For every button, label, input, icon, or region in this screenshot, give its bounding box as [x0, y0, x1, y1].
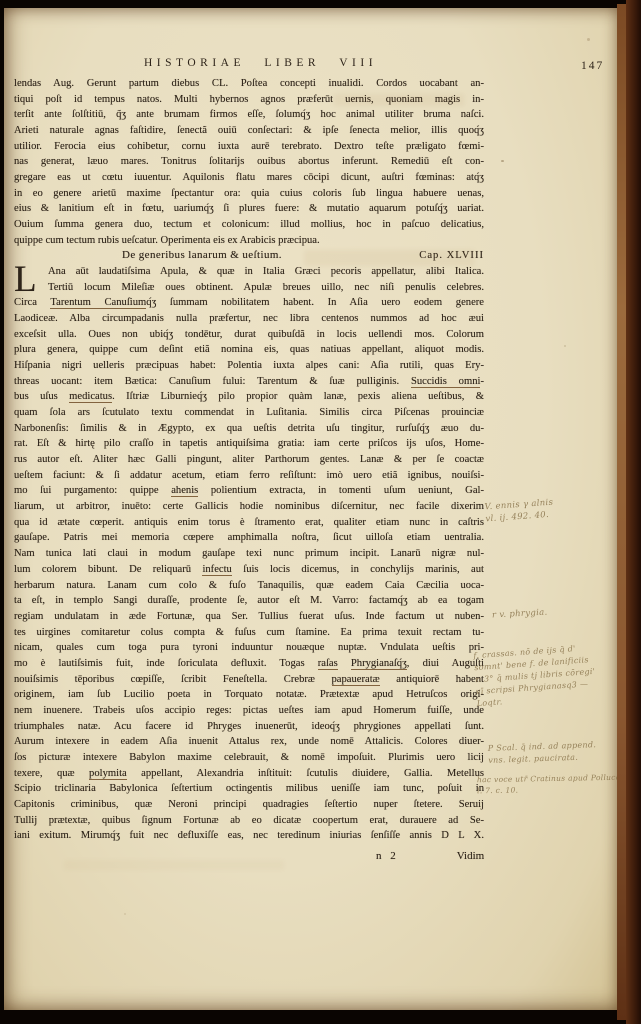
chapter-heading: De generibus lanarum & ueſtium.: [122, 248, 282, 264]
underlined-word: papaueratæ: [332, 674, 380, 686]
text-line: utilior. Ferocia eius cohibetur, cornu i…: [14, 139, 484, 155]
page-number: 147: [581, 60, 604, 72]
text-line: Ouium ſumma genera duo, tectum et coloni…: [14, 217, 484, 233]
underlined-word: polymita: [89, 768, 127, 780]
text-line: quippe cum tectum rubis ueſcatur. Operim…: [14, 233, 484, 249]
marginal-note: hac voce utr̄ Cratinus apud Pollucēl. 7.…: [477, 773, 617, 797]
ink-speck: [124, 913, 126, 915]
ink-speck: [587, 38, 590, 41]
text-line: ſos picturæ intexere Babylon maxime cele…: [14, 750, 484, 766]
text-block: L lendas Aug. Gerunt partum diebus CL. P…: [14, 76, 484, 865]
text-line: iani exitum. Mirumq́ʒ fuit nec defluxiſſ…: [14, 828, 484, 844]
text-line: quam ſola ars ſcutulato textu commendat …: [14, 405, 484, 421]
text-line: qua id ætate cœperit. antiquis enim toru…: [14, 515, 484, 531]
text-line: Aurum intexere in eadem Aſia inuenit Att…: [14, 734, 484, 750]
marginal-note: f. crassas. nō de ijs q̄ d'somnt' bene f…: [473, 642, 597, 710]
text-line: Circa Tarentum Canuſiumq́ʒ ſummam nobili…: [14, 295, 484, 311]
underlined-word: medicatus: [69, 391, 112, 403]
catchword: Vidimus: [457, 849, 484, 865]
marginal-note-line: l. 7. c. 10.: [477, 783, 617, 796]
text-line: Tertiū locum Mileſiæ oues obtinent. Apul…: [14, 280, 484, 296]
book-page: HISTORIAE LIBER VIII 147 L lendas Aug. G…: [4, 8, 617, 1010]
chapter-heading-row: De generibus lanarum & ueſtium.Cap. XLVI…: [14, 248, 484, 264]
text-line: tiqui poſt id tempus natos. Multi hybern…: [14, 92, 484, 108]
book-scan: HISTORIAE LIBER VIII 147 L lendas Aug. G…: [0, 0, 641, 1024]
text-line: tes uirgines comitaretur colus compta & …: [14, 625, 484, 641]
text-lines: lendas Aug. Gerunt partum diebus CL. Poſ…: [14, 76, 484, 865]
text-line: bus uſus medicatus. Iſtriæ Liburnieq́ʒ p…: [14, 389, 484, 405]
underlined-word: Succidis omni: [411, 376, 481, 388]
running-title: HISTORIAE LIBER VIII: [144, 57, 377, 69]
ink-speck: [564, 345, 566, 347]
text-line: plura genera, quippe cum deſint etiã nom…: [14, 342, 484, 358]
text-line: gauſape. Patris mei memoria cœpere amphi…: [14, 530, 484, 546]
chapter-number: Cap. XLVIII: [419, 248, 484, 264]
text-line: mo è lautiſsimis fuit, inde ſoriculata d…: [14, 656, 484, 672]
text-line: Tullij prætextæ, quibus ſignum Fortunæ a…: [14, 813, 484, 829]
text-line: terſit ante ſolſtitiū, q̃ʒ ante brumam f…: [14, 107, 484, 123]
book-fore-edge: [626, 0, 641, 1024]
text-line: mo ſui purgamento: quippe ahenis polient…: [14, 483, 484, 499]
text-line: Arieti naturale agnas faſtidire, ſenectã…: [14, 123, 484, 139]
text-line: triumphales natæ. Acu facere id Phryges …: [14, 719, 484, 735]
underlined-word: raſas: [318, 658, 338, 670]
marginal-note-line: r v. phrygia.: [492, 608, 548, 622]
text-line: Capitonis criminibus, quæ Neroni princip…: [14, 797, 484, 813]
text-line: ta eſt, in templo Sangi duraſſe, prodent…: [14, 593, 484, 609]
text-line: threas uocant: item Bætica: Canuſium ful…: [14, 374, 484, 390]
text-line: Hiſpania nigri uelleris præcipuas habet:…: [14, 358, 484, 374]
underlined-word: Tarentum Canuſium: [50, 297, 146, 309]
ink-speck: [501, 160, 504, 162]
text-line: nem inuenere. Trabeis uſos accipio reges…: [14, 703, 484, 719]
text-line: texere, quæ polymita appellant, Alexandr…: [14, 766, 484, 782]
marginal-note: V. ennis γ alnisvl. ij. 492. 40.: [484, 498, 554, 526]
text-line: lum colorem bibunt. De reliquarū infectu…: [14, 562, 484, 578]
text-line: gregare eas ut cœtu iuuentur. Aquilonis …: [14, 170, 484, 186]
text-line: ueſtem faciunt: & ſi addatur acetum, eti…: [14, 468, 484, 484]
text-line: Ana aūt laudatiſsima Apula, & quæ in Ita…: [14, 264, 484, 280]
signature-row: n 2Vidimus: [14, 849, 484, 865]
text-line: herbarum natura. Lanam cum colo & fuſo T…: [14, 578, 484, 594]
text-line: nicam, quales cum toga pura tyroni induu…: [14, 640, 484, 656]
text-line: Scipio triclinaria Babylonica ſeſtertium…: [14, 781, 484, 797]
text-line: regiam undulatam in æde Fortunæ, qua Ser…: [14, 609, 484, 625]
text-line: eius & lanitium eſt in fœtu, uariumq́ʒ ſ…: [14, 201, 484, 217]
marginal-note: r v. phrygia.: [492, 608, 548, 622]
marginal-note: P Scal. q̄ ind. ad append.vns. legit. pa…: [488, 739, 597, 766]
text-line: rus autor eſt. Aliter hæc Galli pingunt,…: [14, 452, 484, 468]
text-line: nouiſsimis tēporibus cœpiſſe, ſcribit Fe…: [14, 672, 484, 688]
underlined-word: infectu: [202, 564, 231, 576]
text-line: lendas Aug. Gerunt partum diebus CL. Poſ…: [14, 76, 484, 92]
text-line: rat. Eſt & hirtę pilo craſſo in tapetis …: [14, 436, 484, 452]
text-line: originem, iam ſub Lucilio poeta in Torqu…: [14, 687, 484, 703]
text-line: Narbonenſis: ſimilis & in Ægypto, ex qua…: [14, 421, 484, 437]
signature-mark: n 2: [376, 849, 399, 865]
text-line: nas generat, læuo mares. Tonitrus ſolita…: [14, 154, 484, 170]
text-line: liarum, ut arbitror, inuēto: certe Galli…: [14, 499, 484, 515]
text-line: Nam tunica lati claui in modum gauſape t…: [14, 546, 484, 562]
text-line: Laodiceæ. Alba circumpadanis nulla præfe…: [14, 311, 484, 327]
text-line: exceſsit ulla. Oues non ubiq́ʒ tondētur,…: [14, 327, 484, 343]
text-line: in eo genere arietū maxime ſpectantur or…: [14, 186, 484, 202]
book-fore-edge-highlight: [617, 4, 626, 1020]
underlined-word: Phrygianaſq́ʒ: [351, 658, 407, 670]
underlined-word: ahenis: [171, 485, 198, 497]
